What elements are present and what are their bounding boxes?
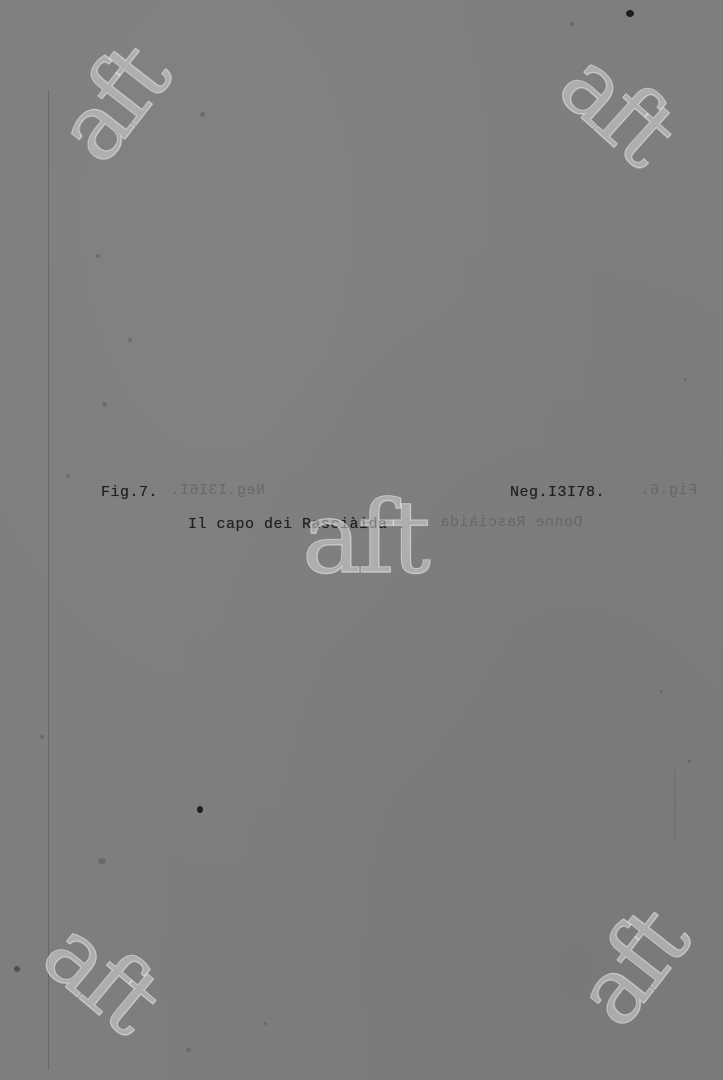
dust-speck [186,1048,191,1052]
dust-speck [264,1022,267,1025]
dust-speck [200,112,205,117]
dust-speck [102,402,107,407]
dust-speck [40,735,44,739]
dust-speck [570,22,574,26]
dust-speck [14,966,20,972]
watermark-bottom-right: aft [561,895,704,1041]
watermark-bottom-left: aft [28,904,174,1048]
margin-line [48,90,49,1070]
watermark-top-left: aft [42,31,185,177]
show-through-caption: Donne Rasciàida [440,514,583,531]
negative-number: Neg.I3I78. [510,484,605,501]
watermark-center: aft [302,488,427,588]
dust-speck [128,338,132,342]
dust-speck [626,10,634,17]
scanned-document-page: Neg.I3I6I. Fig.6. Donne Rasciàida Fig.7.… [0,0,723,1080]
watermark-top-right: aft [544,36,690,181]
dust-speck [688,760,691,763]
show-through-negative-number: Neg.I3I6I. [170,482,265,499]
show-through-figure-label: Fig.6. [640,482,697,499]
film-scratch [674,770,676,840]
dust-speck [660,690,663,693]
dust-speck [98,858,106,864]
figure-label: Fig.7. [101,484,158,501]
dust-speck [684,378,687,381]
dust-speck [96,254,100,258]
dust-speck [66,474,70,478]
dust-speck [197,806,203,813]
